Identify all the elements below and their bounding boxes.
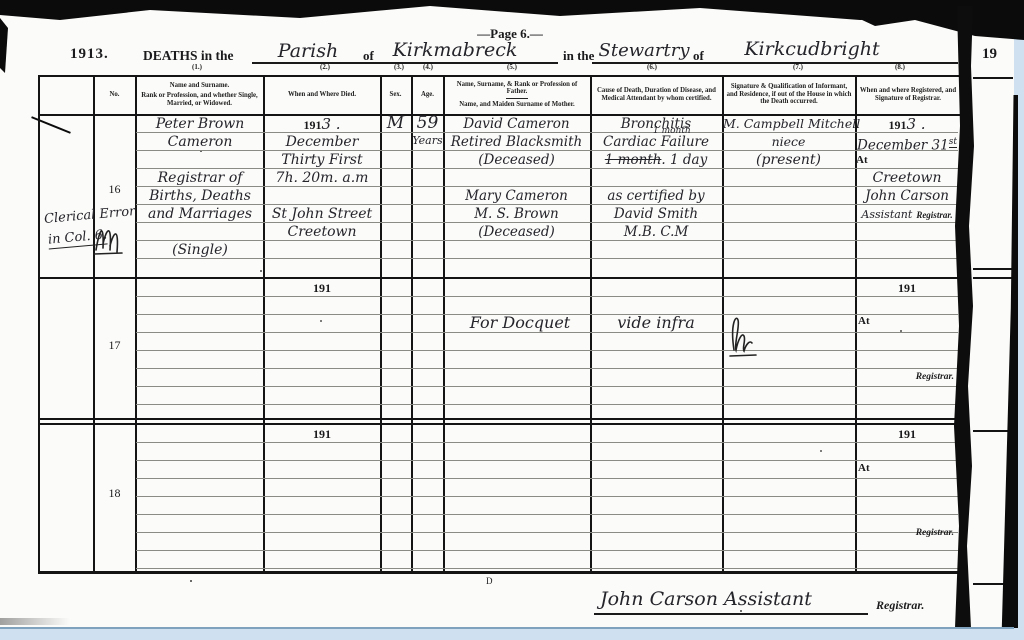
title-in-the: in the (563, 48, 594, 64)
entry16-sex-cell: M (381, 113, 410, 133)
header-died-label: When and Where Died. (288, 91, 356, 99)
header-name-line2: Rank or Profession, and whether Single, … (139, 92, 260, 107)
blank-line (137, 223, 263, 241)
title-district-name: Kirkcudbright (712, 38, 912, 60)
header-no: No. (94, 76, 135, 113)
father-deceased: (Deceased) (444, 151, 589, 169)
died-year-printed: 191 (303, 118, 321, 132)
entry17-number: 17 (94, 338, 135, 353)
registrar-title: Assistant Registrar. (856, 205, 958, 223)
header-name: Name and Surname. Rank or Profession, an… (136, 76, 263, 113)
title-parish-word: Parish (258, 40, 358, 62)
doctor-degrees: M.B. C.M (591, 223, 721, 241)
title-deaths-in-the: DEATHS in the (143, 48, 234, 64)
column-number-2: (2.) (310, 63, 340, 71)
next-page-year-fragment: 19 (982, 46, 997, 63)
column-number-3: (3.) (384, 63, 414, 71)
ruled-lines-row17 (136, 279, 958, 417)
age-unit: Years (412, 133, 443, 148)
header-sex-label: Sex. (390, 91, 402, 99)
informant-signature: M. Campbell Mitchell (723, 115, 854, 133)
deceased-name-line1: Peter Brown (137, 115, 263, 133)
scanned-register-page: —Page 6.— 1913. DEATHS in the Parish of … (0, 0, 1024, 640)
header-died: When and Where Died. (264, 76, 380, 113)
bottom-left-smudge (0, 618, 70, 625)
next-page-line-2 (973, 268, 1013, 270)
footer-signature: John Carson Assistant (600, 588, 812, 610)
header-no-label: No. (109, 91, 119, 99)
column-number-7: (7.) (783, 63, 813, 71)
header-registered-label: When and where Registered, and Signature… (859, 87, 957, 102)
blank-line (137, 151, 263, 169)
doctor-name: David Smith (591, 205, 721, 223)
registrar-signature: John Carson (856, 187, 958, 205)
cause-inserted-duration: 1 month (653, 126, 691, 136)
registered-date-main: December 31 (857, 138, 949, 154)
ruled-lines-row18 (136, 425, 958, 570)
column-number-4: (4.) (413, 63, 443, 71)
entry16-informant-cell: M. Campbell Mitchell niece (present) (723, 115, 854, 169)
header-registered: When and where Registered, and Signature… (856, 76, 960, 113)
cause-struck-duration: 1 month (605, 152, 662, 168)
occupation-line2: Births, Deaths (137, 187, 263, 205)
footer-signature-underline (594, 613, 868, 615)
father-name: David Cameron (444, 115, 589, 133)
occupation-line1: Registrar of (137, 169, 263, 187)
margin-initials-scrawl (92, 222, 132, 256)
header-father-line2: Name, and Maiden Surname of Mother. (459, 101, 574, 109)
entry16-name-cell: Peter Brown Cameron Registrar of Births,… (137, 115, 263, 259)
mother-name: Mary Cameron (444, 187, 589, 205)
registered-year-printed: 191 (888, 118, 906, 132)
cause-corrected-duration: . 1 day (661, 152, 707, 168)
father-occupation: Retired Blacksmith (444, 133, 589, 151)
column-number-1: (1.) (182, 63, 212, 71)
entry16-certified-cell: as certified by David Smith M.B. C.M (591, 187, 721, 241)
blank-line (264, 187, 380, 205)
title-parish-name: Kirkmabreck (385, 39, 525, 61)
registrar-qualification-handwritten: Assistant (861, 208, 912, 221)
entry17-registrar-label: Registrar. (856, 372, 954, 382)
header-father: Name, Surname, & Rank or Profession of F… (444, 76, 590, 113)
header-sex: Sex. (381, 76, 410, 113)
died-year-handwritten: 3 . (321, 115, 340, 133)
column-number-8: (8.) (885, 63, 915, 71)
registrar-printed-label: Registrar. (916, 210, 952, 220)
header-name-line1: Name and Surname. (170, 82, 229, 90)
entry16-registered-cell: 1913 . December 31st At Creetown John Ca… (856, 115, 958, 223)
cause-duration: 1 month. 1 day (591, 151, 721, 169)
died-time: 7h. 20m. a.m (264, 169, 380, 187)
header-cause-label: Cause of Death, Duration of Disease, and… (594, 87, 719, 102)
title-year: 1913. (70, 46, 109, 63)
title-district-word: Stewartry (598, 40, 690, 61)
died-year: 1913 . (264, 115, 380, 133)
header-cause: Cause of Death, Duration of Disease, and… (591, 76, 722, 113)
table-border-bottom (38, 571, 962, 574)
marital-status: (Single) (137, 241, 263, 259)
next-page-line-4 (973, 430, 1013, 432)
sheet-letter-mark: D (486, 576, 493, 586)
entry17-registered-year-printed: 191 (856, 279, 958, 297)
registered-year-handwritten: 3 . (906, 115, 925, 133)
entry18-registrar-label: Registrar. (856, 528, 954, 538)
entry16-father-cell: David Cameron Retired Blacksmith (Deceas… (444, 115, 589, 169)
column-number-6: (6.) (637, 63, 667, 71)
occupation-line3: and Marriages (137, 205, 263, 223)
header-father-line1: Name, Surname, & Rank or Profession of F… (447, 81, 587, 96)
died-month: December (264, 133, 380, 151)
header-age: Age. (412, 76, 443, 113)
entry17-at-label: At (858, 315, 870, 327)
entry16-age-cell: 59 Years (412, 113, 443, 148)
informant-relationship: niece (723, 133, 854, 151)
certified-by-line: as certified by (591, 187, 721, 205)
footer-registrar-label: Registrar. (876, 598, 924, 613)
entry18-died-year-printed: 191 (264, 425, 380, 443)
age-value: 59 (412, 113, 443, 133)
registered-place: Creetown (856, 169, 958, 187)
deceased-name-line2: Cameron (137, 133, 263, 151)
mother-deceased: (Deceased) (444, 223, 589, 241)
entry16-died-cell: 1913 . December Thirty First 7h. 20m. a.… (264, 115, 380, 241)
book-gutter-shadow (951, 6, 977, 628)
died-day: Thirty First (264, 151, 380, 169)
column-number-5: (5.) (497, 63, 527, 71)
next-page-line-3 (973, 277, 1013, 279)
entry17-docquet-note-left: For Docquet (452, 313, 588, 332)
entry18-registered-year-printed: 191 (856, 425, 958, 443)
entry17-docquet-note-right: vide infra (591, 313, 721, 332)
mother-maiden-name: M. S. Brown (444, 205, 589, 223)
entry16-number: 16 (94, 182, 135, 197)
entry16-mother-cell: Mary Cameron M. S. Brown (Deceased) (444, 187, 589, 241)
entry17-died-year-printed: 191 (264, 279, 380, 297)
entry16-cause-cell: Bronchitis 1 month Cardiac Failure 1 mon… (591, 115, 721, 169)
bottom-blue-rule (0, 627, 1014, 629)
died-street: St John Street (264, 205, 380, 223)
row17-bottom-line-a (38, 418, 962, 420)
entry18-number: 18 (94, 486, 135, 501)
entry17-initials-scrawl (726, 310, 760, 360)
next-page-line-1 (973, 77, 1013, 79)
header-informant-label: Signature & Qualification of Informant, … (726, 83, 852, 106)
header-age-label: Age. (421, 91, 434, 99)
header-father-divider (506, 98, 528, 99)
table-border-left (38, 75, 40, 572)
registered-date: December 31st (856, 133, 958, 151)
informant-present: (present) (723, 151, 854, 169)
header-informant: Signature & Qualification of Informant, … (723, 76, 855, 113)
died-town: Creetown (264, 223, 380, 241)
registered-year: 1913 . (856, 115, 958, 133)
entry18-at-label: At (858, 462, 870, 474)
